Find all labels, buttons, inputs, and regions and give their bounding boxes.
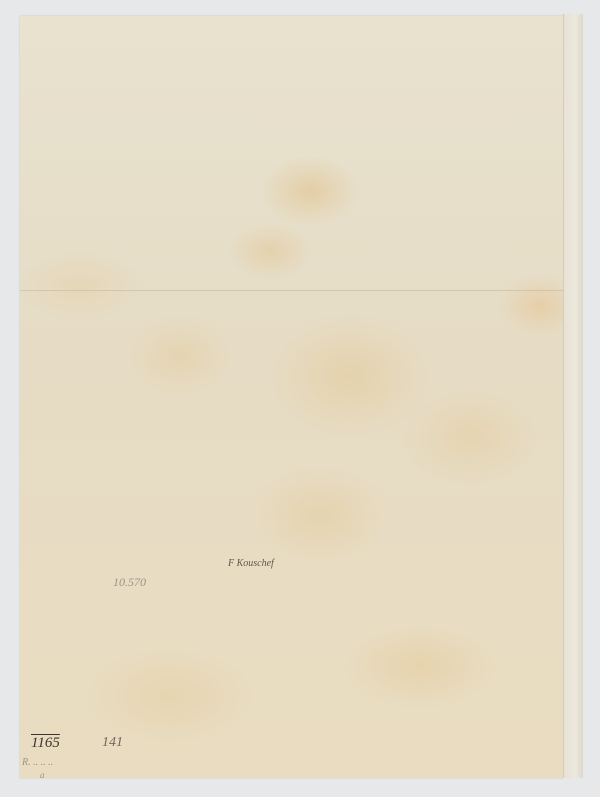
faint-note-2: a (40, 770, 45, 780)
faint-note: R. .. .. .. (22, 757, 53, 768)
number-right: 141 (102, 735, 123, 751)
fold-line (20, 290, 563, 291)
number-left: 1165 (31, 735, 60, 752)
signature-note: F Kouschef (228, 558, 274, 569)
paper-sheet (20, 16, 563, 778)
inventory-number: 10.570 (113, 575, 146, 590)
mount-strip (563, 14, 583, 778)
